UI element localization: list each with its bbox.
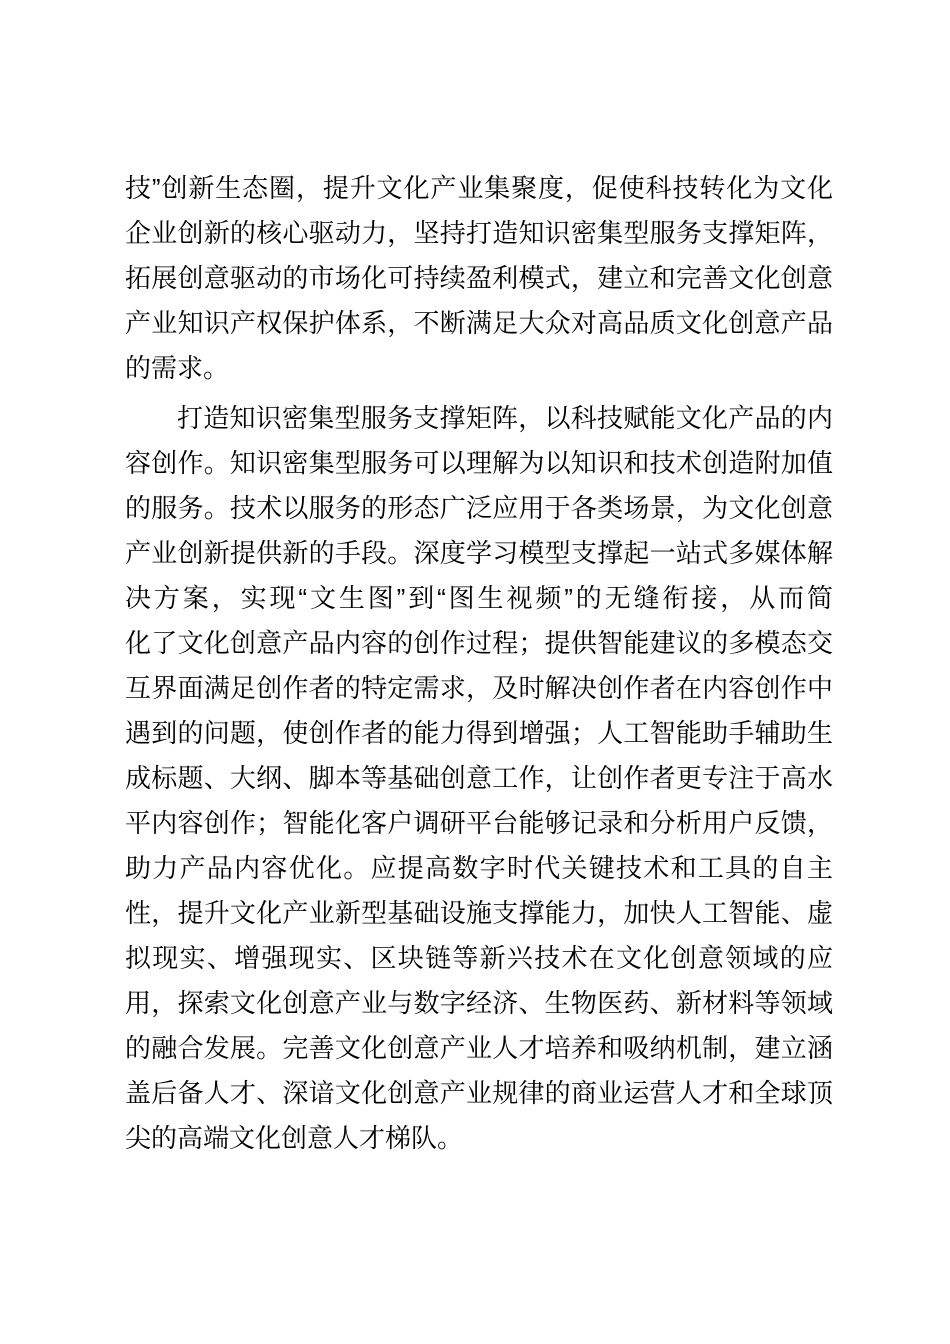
text-line: 用，探索文化创意产业与数字经济、生物医药、新材料等领域	[125, 981, 833, 1026]
text-line: 互界面满足创作者的特定需求，及时解决创作者在内容创作中	[125, 666, 833, 711]
text-line: 的需求。	[125, 346, 833, 391]
text-line: 的服务。技术以服务的形态广泛应用于各类场景，为文化创意	[125, 486, 833, 531]
text-line: 的融合发展。完善文化创意产业人才培养和吸纳机制，建立涵	[125, 1026, 833, 1071]
text-line: 性，提升文化产业新型基础设施支撑能力，加快人工智能、虚	[125, 891, 833, 936]
text-line: 决方案，实现“文生图”到“图生视频”的无缝衔接，从而简	[125, 576, 833, 621]
text-line: 拟现实、增强现实、区块链等新兴技术在文化创意领域的应	[125, 936, 833, 981]
paragraph: 打造知识密集型服务支撑矩阵，以科技赋能文化产品的内容创作。知识密集型服务可以理解…	[125, 396, 833, 1161]
text-line: 容创作。知识密集型服务可以理解为以知识和技术创造附加值	[125, 441, 833, 486]
text-line: 平内容创作；智能化客户调研平台能够记录和分析用户反馈，	[125, 801, 833, 846]
document-page: 技”创新生态圈，提升文化产业集聚度，促使科技转化为文化企业创新的核心驱动力，坚持…	[0, 0, 950, 1344]
text-line: 助力产品内容优化。应提高数字时代关键技术和工具的自主	[125, 846, 833, 891]
text-line: 产业创新提供新的手段。深度学习模型支撑起一站式多媒体解	[125, 531, 833, 576]
text-line: 盖后备人才、深谙文化创意产业规律的商业运营人才和全球顶	[125, 1071, 833, 1116]
paragraph: 技”创新生态圈，提升文化产业集聚度，促使科技转化为文化企业创新的核心驱动力，坚持…	[125, 166, 833, 391]
text-line: 遇到的问题，使创作者的能力得到增强；人工智能助手辅助生	[125, 711, 833, 756]
text-line: 化了文化创意产品内容的创作过程；提供智能建议的多模态交	[125, 621, 833, 666]
text-line: 成标题、大纲、脚本等基础创意工作，让创作者更专注于高水	[125, 756, 833, 801]
text-line: 技”创新生态圈，提升文化产业集聚度，促使科技转化为文化	[125, 166, 833, 211]
text-line: 企业创新的核心驱动力，坚持打造知识密集型服务支撑矩阵，	[125, 211, 833, 256]
text-line: 产业知识产权保护体系，不断满足大众对高品质文化创意产品	[125, 301, 833, 346]
text-line: 打造知识密集型服务支撑矩阵，以科技赋能文化产品的内	[125, 396, 833, 441]
text-block: 技”创新生态圈，提升文化产业集聚度，促使科技转化为文化企业创新的核心驱动力，坚持…	[125, 166, 833, 1161]
text-line: 拓展创意驱动的市场化可持续盈利模式，建立和完善文化创意	[125, 256, 833, 301]
text-line: 尖的高端文化创意人才梯队。	[125, 1116, 833, 1161]
